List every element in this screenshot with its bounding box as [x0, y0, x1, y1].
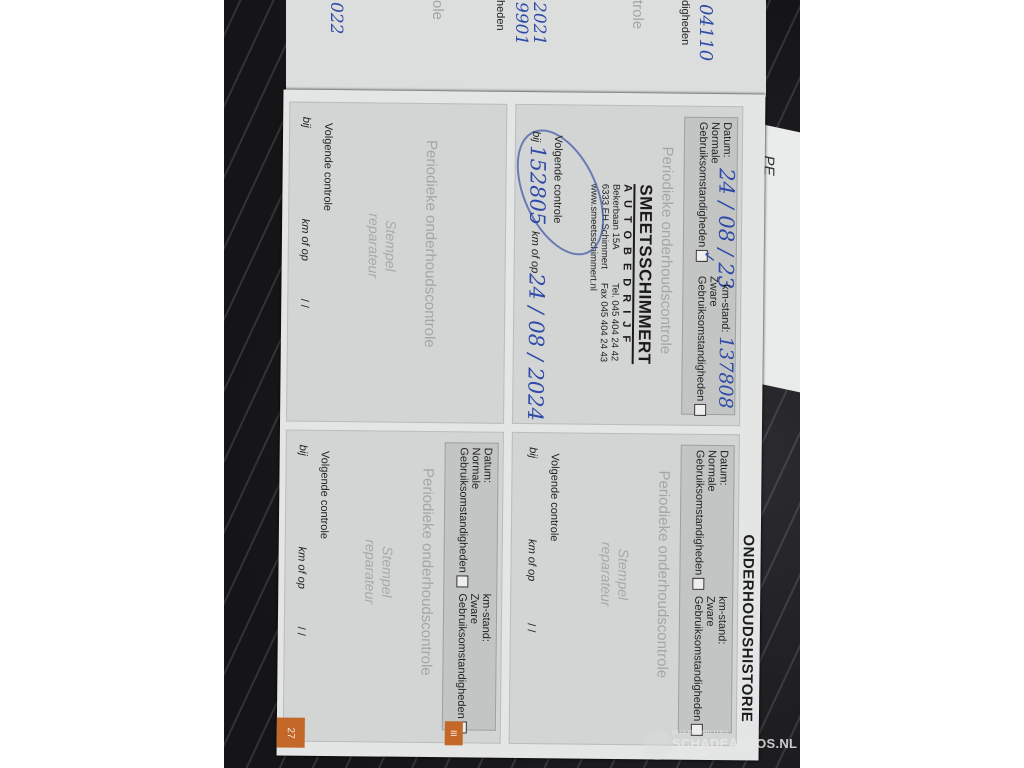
stamp-placeholder: Periodieke onderhoudscontrole	[653, 470, 672, 678]
datum-label: Datum:	[481, 448, 493, 484]
entry-3-panel: Periodieke onderhoudscontrole Stempelrep…	[286, 102, 507, 424]
km-of-op-label: km of op	[295, 547, 307, 589]
dealer-subtitle: AUTOBEDRIJF	[620, 184, 634, 364]
ghost-fragment-2: ole	[429, 0, 446, 20]
watermark: INTERMOBILITAS SCHADEAUTOS.NL	[672, 730, 792, 764]
km-of-op-label: km of op	[525, 539, 537, 581]
bij-label: bij	[297, 445, 309, 456]
datum-label: Datum:	[717, 450, 729, 486]
watermark-brand: SCHADEAUTOS.NL	[672, 736, 792, 751]
zware-gebruik-label: Gebruiksomstandigheden	[694, 276, 708, 416]
km-of-op-label: km of op	[299, 219, 311, 261]
handwritten-km-fragment-2: 9901	[511, 2, 531, 45]
paper-slip: PE	[759, 124, 800, 397]
handwritten-year-fragment: 2021	[529, 2, 549, 45]
zware-checkbox[interactable]	[694, 404, 706, 416]
normale-checkbox[interactable]	[696, 250, 708, 262]
datum-value[interactable]: 24 / 08 / 23	[713, 168, 738, 289]
zware-label: Zware	[707, 276, 719, 307]
normale-label: Normale	[705, 450, 717, 492]
handwritten-km-fragment: 04110	[695, 4, 716, 61]
zware-label: Zware	[704, 596, 716, 627]
photo-background: PE 04110 digheden 2021 9901 heden trole …	[224, 0, 800, 768]
normale-label: Normale	[709, 122, 721, 164]
stamp-label: Stempelreparateur	[365, 213, 400, 278]
km-stand-label: km-stand:	[716, 596, 729, 644]
normale-label: Normale	[469, 447, 481, 489]
normale-gebruik-label: Gebruiksomstandigheden	[696, 122, 710, 262]
entry-2-panel: Datum: km-stand: Normale Gebruiksomstand…	[509, 432, 740, 746]
stamp-placeholder: Periodieke onderhoudscontrole	[417, 468, 436, 676]
volgende-km-value[interactable]: 152805	[525, 145, 550, 225]
volgende-datum-value[interactable]: / /	[295, 627, 307, 636]
volgende-datum-value[interactable]: 24 / 08 / 2024	[523, 273, 549, 421]
normale-checkbox[interactable]	[456, 576, 468, 588]
volgende-controle-label: Volgende controle	[321, 123, 334, 211]
dealer-tel: Tel. 045 404 24 42	[609, 283, 621, 362]
ghost-fragment: trole	[629, 0, 646, 29]
maintenance-booklet-page: ONDERHOUDSHISTORIE Datum: 24 / 08 / 23 k…	[277, 89, 766, 760]
stamp-label: Stempelreparateur	[361, 539, 396, 604]
entry-2-header: Datum: km-stand: Normale Gebruiksomstand…	[678, 445, 735, 734]
km-stand-label: km-stand:	[719, 284, 732, 332]
menu-lines-icon: ≡	[445, 721, 463, 745]
datum-label: Datum:	[721, 122, 733, 158]
entry-4-panel: Datum: km-stand: Normale Gebruiksomstand…	[283, 430, 504, 744]
km-of-op-label: km of op	[529, 231, 541, 273]
entry-4-header: Datum: km-stand: Normale Gebruiksomstand…	[442, 442, 499, 731]
bij-label: bij	[300, 117, 312, 128]
km-stand-label: km-stand:	[480, 594, 493, 642]
previous-page: 04110 digheden 2021 9901 heden trole 022…	[286, 0, 766, 97]
volgende-controle-label: Volgende controle	[548, 453, 561, 541]
normale-gebruik-label: Gebruiksomstandigheden	[692, 450, 706, 590]
page-number-tab: 27	[277, 717, 305, 747]
label-fragment-2: heden	[494, 0, 506, 31]
globe-icon	[642, 730, 672, 760]
stamp-label: Stempelreparateur	[597, 542, 632, 607]
dealer-name: SMEETSSCHIMMERT	[632, 184, 656, 365]
normale-checkbox[interactable]	[692, 578, 704, 590]
entry-1-panel: Datum: 24 / 08 / 23 km-stand: 137808 Nor…	[512, 104, 743, 426]
volgende-datum-value[interactable]: / /	[525, 623, 537, 632]
entry-1-header: Datum: 24 / 08 / 23 km-stand: 137808 Nor…	[681, 117, 738, 416]
dealer-fax: Fax 045 404 24 43	[598, 283, 610, 362]
normale-gebruik-label: Gebruiksomstandigheden	[456, 447, 470, 587]
km-stand-value[interactable]: 137808	[714, 336, 737, 409]
volgende-controle-label: Volgende controle	[551, 135, 564, 223]
stamp-placeholder: Periodieke onderhoudscontrole	[421, 140, 440, 348]
zware-label: Zware	[468, 593, 480, 624]
zware-gebruik-label: Gebruiksomstandigheden	[455, 593, 469, 733]
handwritten-year-fragment-2: 022	[326, 2, 346, 34]
dealer-address-1: Bekerbaan 15A	[610, 184, 622, 269]
volgende-controle-label: Volgende controle	[318, 451, 331, 539]
section-title: ONDERHOUDSHISTORIE	[738, 534, 757, 722]
bij-label: bij	[530, 131, 542, 142]
bij-label: bij	[527, 447, 539, 458]
label-fragment: digheden	[679, 0, 691, 45]
volgende-datum-value[interactable]: / /	[298, 299, 310, 308]
stamp-placeholder: Periodieke onderhoudscontrole	[657, 146, 676, 354]
page-number: 27	[285, 727, 296, 738]
zware-gebruik-label: Gebruiksomstandigheden	[691, 596, 705, 736]
